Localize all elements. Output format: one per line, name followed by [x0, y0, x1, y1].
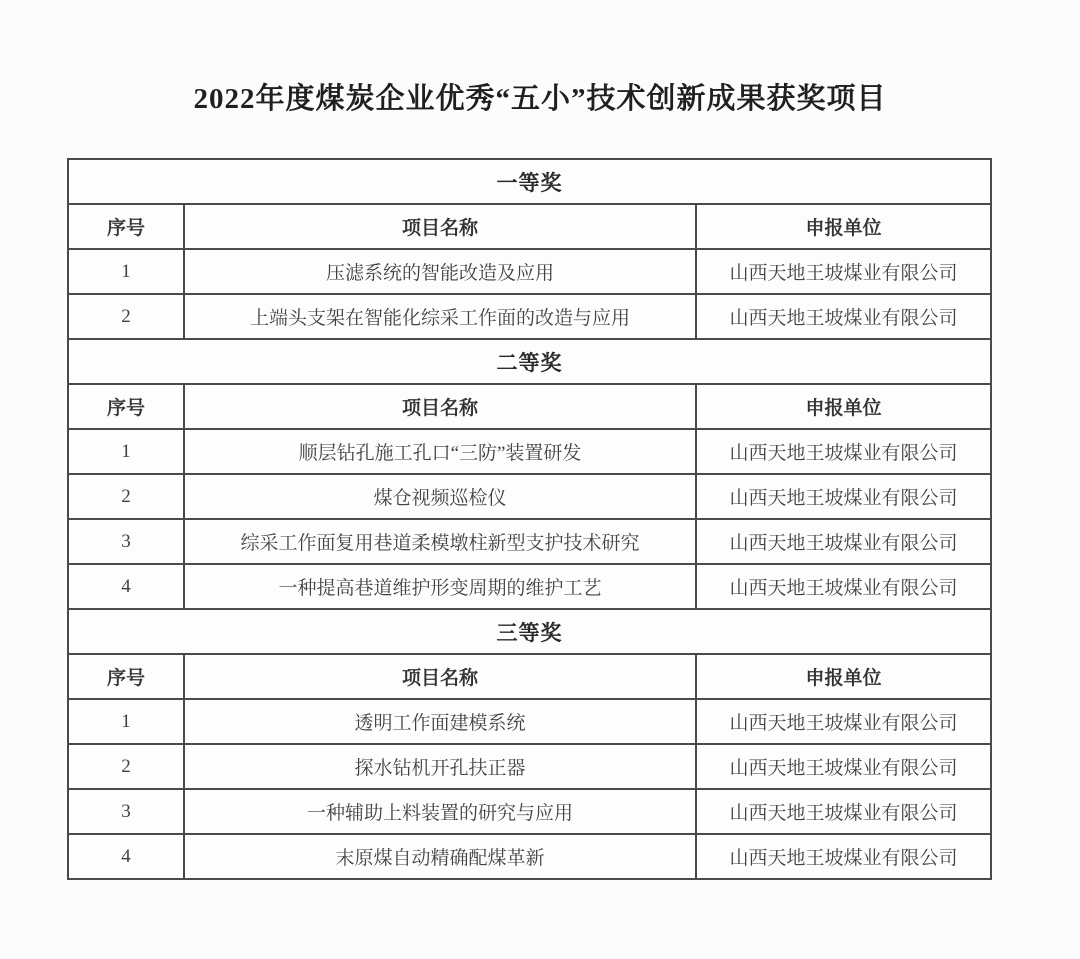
table-row: 2 煤仓视频巡检仪 山西天地王坡煤业有限公司 [68, 474, 991, 519]
table-row: 1 顺层钻孔施工孔口“三防”装置研发 山西天地王坡煤业有限公司 [68, 429, 991, 474]
col-header-unit: 申报单位 [696, 204, 991, 249]
cell-no: 2 [68, 744, 184, 789]
cell-no: 1 [68, 429, 184, 474]
column-header-row: 序号 项目名称 申报单位 [68, 654, 991, 699]
table-row: 4 末原煤自动精确配煤革新 山西天地王坡煤业有限公司 [68, 834, 991, 879]
table-row: 2 上端头支架在智能化综采工作面的改造与应用 山西天地王坡煤业有限公司 [68, 294, 991, 339]
awards-table: 一等奖 序号 项目名称 申报单位 1 压滤系统的智能改造及应用 山西天地王坡煤业… [67, 158, 992, 880]
cell-project: 上端头支架在智能化综采工作面的改造与应用 [184, 294, 696, 339]
award-section-row: 一等奖 [68, 159, 991, 204]
cell-unit: 山西天地王坡煤业有限公司 [696, 834, 991, 879]
table-row: 3 一种辅助上料装置的研究与应用 山西天地王坡煤业有限公司 [68, 789, 991, 834]
cell-unit: 山西天地王坡煤业有限公司 [696, 294, 991, 339]
table-row: 2 探水钻机开孔扶正器 山西天地王坡煤业有限公司 [68, 744, 991, 789]
column-header-row: 序号 项目名称 申报单位 [68, 384, 991, 429]
award-section-header: 二等奖 [68, 339, 991, 384]
col-header-project: 项目名称 [184, 204, 696, 249]
cell-project: 煤仓视频巡检仪 [184, 474, 696, 519]
cell-unit: 山西天地王坡煤业有限公司 [696, 474, 991, 519]
page-title: 2022年度煤炭企业优秀“五小”技术创新成果获奖项目 [0, 76, 1080, 117]
col-header-project: 项目名称 [184, 654, 696, 699]
col-header-project: 项目名称 [184, 384, 696, 429]
cell-project: 顺层钻孔施工孔口“三防”装置研发 [184, 429, 696, 474]
cell-unit: 山西天地王坡煤业有限公司 [696, 564, 991, 609]
table-row: 1 压滤系统的智能改造及应用 山西天地王坡煤业有限公司 [68, 249, 991, 294]
award-section-header: 一等奖 [68, 159, 991, 204]
cell-no: 2 [68, 294, 184, 339]
award-section-header: 三等奖 [68, 609, 991, 654]
cell-no: 1 [68, 699, 184, 744]
column-header-row: 序号 项目名称 申报单位 [68, 204, 991, 249]
cell-unit: 山西天地王坡煤业有限公司 [696, 789, 991, 834]
cell-unit: 山西天地王坡煤业有限公司 [696, 744, 991, 789]
cell-no: 3 [68, 519, 184, 564]
cell-project: 末原煤自动精确配煤革新 [184, 834, 696, 879]
col-header-no: 序号 [68, 204, 184, 249]
col-header-unit: 申报单位 [696, 384, 991, 429]
award-section-row: 三等奖 [68, 609, 991, 654]
cell-project: 探水钻机开孔扶正器 [184, 744, 696, 789]
cell-project: 压滤系统的智能改造及应用 [184, 249, 696, 294]
cell-no: 4 [68, 834, 184, 879]
cell-unit: 山西天地王坡煤业有限公司 [696, 519, 991, 564]
cell-no: 3 [68, 789, 184, 834]
cell-project: 一种提高巷道维护形变周期的维护工艺 [184, 564, 696, 609]
cell-unit: 山西天地王坡煤业有限公司 [696, 699, 991, 744]
col-header-no: 序号 [68, 384, 184, 429]
document-page: 2022年度煤炭企业优秀“五小”技术创新成果获奖项目 一等奖 序号 项目名称 申… [0, 0, 1080, 959]
col-header-no: 序号 [68, 654, 184, 699]
award-section-row: 二等奖 [68, 339, 991, 384]
table-row: 3 综采工作面复用巷道柔模墩柱新型支护技术研究 山西天地王坡煤业有限公司 [68, 519, 991, 564]
cell-project: 透明工作面建模系统 [184, 699, 696, 744]
table-row: 4 一种提高巷道维护形变周期的维护工艺 山西天地王坡煤业有限公司 [68, 564, 991, 609]
table-row: 1 透明工作面建模系统 山西天地王坡煤业有限公司 [68, 699, 991, 744]
cell-no: 4 [68, 564, 184, 609]
col-header-unit: 申报单位 [696, 654, 991, 699]
cell-no: 2 [68, 474, 184, 519]
cell-project: 综采工作面复用巷道柔模墩柱新型支护技术研究 [184, 519, 696, 564]
cell-unit: 山西天地王坡煤业有限公司 [696, 249, 991, 294]
cell-no: 1 [68, 249, 184, 294]
cell-project: 一种辅助上料装置的研究与应用 [184, 789, 696, 834]
cell-unit: 山西天地王坡煤业有限公司 [696, 429, 991, 474]
